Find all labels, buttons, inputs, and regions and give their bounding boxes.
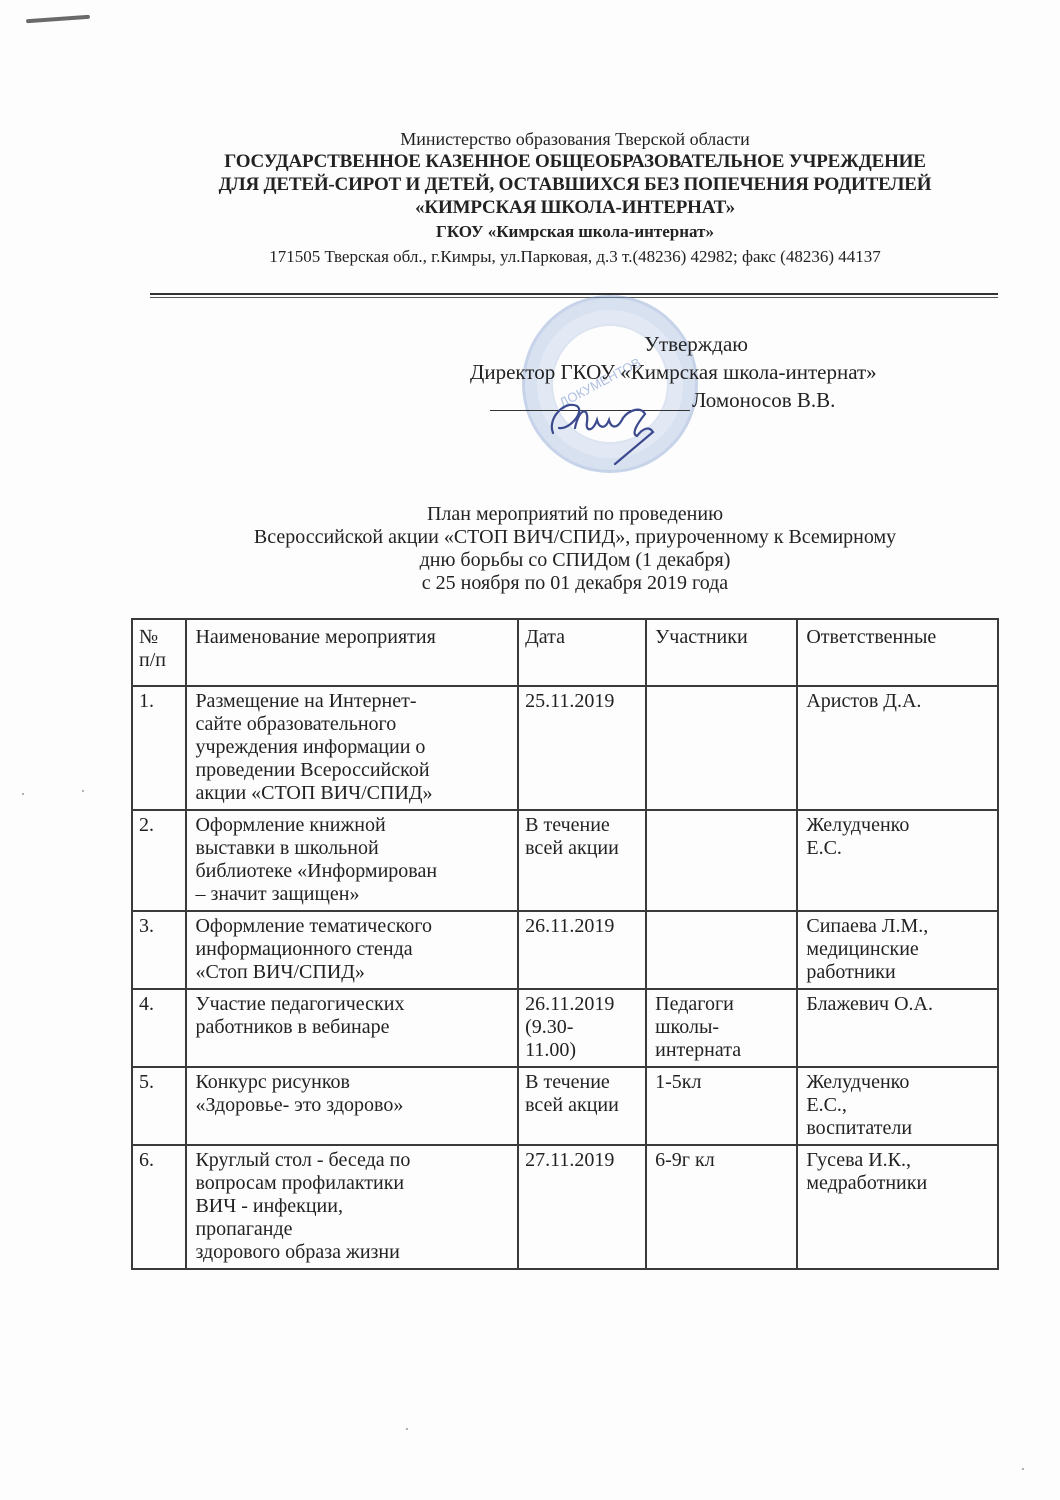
cell-responsible: Сипаева Л.М., медицинские работники xyxy=(797,911,998,989)
org-name-line-3: «КИМРСКАЯ ШКОЛА-ИНТЕРНАТ» xyxy=(150,196,1000,219)
table-row: 2. Оформление книжной выставки в школьно… xyxy=(132,810,998,911)
table-row: 3. Оформление тематического информационн… xyxy=(132,911,998,989)
ministry-name: Министерство образования Тверской област… xyxy=(150,128,1000,150)
org-name-line-2: ДЛЯ ДЕТЕЙ-СИРОТ И ДЕТЕЙ, ОСТАВШИХСЯ БЕЗ … xyxy=(150,173,1000,196)
cell-number: 3. xyxy=(132,911,186,989)
col-header-responsible: Ответственные xyxy=(797,619,998,686)
cell-participants: 6-9г кл xyxy=(646,1145,797,1269)
signature-icon xyxy=(545,388,675,468)
cell-event: Круглый стол - беседа по вопросам профил… xyxy=(186,1145,518,1269)
cell-participants xyxy=(646,810,797,911)
org-address: 171505 Тверская обл., г.Кимры, ул.Парков… xyxy=(150,245,1000,269)
cell-number: 4. xyxy=(132,989,186,1067)
cell-participants: Педагоги школы- интерната xyxy=(646,989,797,1067)
col-header-date: Дата xyxy=(518,619,646,686)
letterhead: Министерство образования Тверской област… xyxy=(150,128,1000,269)
title-line-3: дню борьбы со СПИДом (1 декабря) xyxy=(150,549,1000,572)
cell-date: 26.11.2019 (9.30- 11.00) xyxy=(518,989,646,1067)
cell-number: 5. xyxy=(132,1067,186,1145)
col-header-event: Наименование мероприятия xyxy=(186,619,518,686)
header-divider xyxy=(150,293,998,295)
cell-participants xyxy=(646,686,797,810)
title-line-2: Всероссийской акции «СТОП ВИЧ/СПИД», при… xyxy=(150,526,1000,549)
table-row: 6. Круглый стол - беседа по вопросам про… xyxy=(132,1145,998,1269)
cell-event: Оформление книжной выставки в школьной б… xyxy=(186,810,518,911)
document-title: План мероприятий по проведению Всероссий… xyxy=(150,503,1000,595)
cell-responsible: Аристов Д.А. xyxy=(797,686,998,810)
header-divider-thin xyxy=(150,297,998,298)
approver-position: Директор ГКОУ «Кимрская школа-интернат» xyxy=(470,358,970,386)
col-header-number: № п/п xyxy=(132,619,186,686)
approver-name: Ломоносов В.В. xyxy=(692,388,835,412)
events-table: № п/п Наименование мероприятия Дата Учас… xyxy=(131,618,999,1270)
cell-date: В течение всей акции xyxy=(518,810,646,911)
cell-event: Размещение на Интернет- сайте образовате… xyxy=(186,686,518,810)
scan-speck xyxy=(82,790,84,792)
cell-number: 2. xyxy=(132,810,186,911)
cell-date: В течение всей акции xyxy=(518,1067,646,1145)
cell-responsible: Гусева И.К., медработники xyxy=(797,1145,998,1269)
cell-event: Участие педагогических работников в веби… xyxy=(186,989,518,1067)
org-short-name: ГКОУ «Кимрская школа-интернат» xyxy=(150,220,1000,243)
cell-date: 26.11.2019 xyxy=(518,911,646,989)
cell-number: 1. xyxy=(132,686,186,810)
scan-speck xyxy=(22,793,24,795)
cell-event: Конкурс рисунков «Здоровье- это здорово» xyxy=(186,1067,518,1145)
cell-responsible: Блажевич О.А. xyxy=(797,989,998,1067)
cell-date: 25.11.2019 xyxy=(518,686,646,810)
org-name-line-1: ГОСУДАРСТВЕННОЕ КАЗЕННОЕ ОБЩЕОБРАЗОВАТЕЛ… xyxy=(150,150,1000,173)
cell-date: 27.11.2019 xyxy=(518,1145,646,1269)
scan-speck xyxy=(1022,1468,1024,1470)
cell-responsible: Желудченко Е.С., воспитатели xyxy=(797,1067,998,1145)
title-line-1: План мероприятий по проведению xyxy=(150,503,1000,526)
scan-speck xyxy=(406,1428,408,1430)
table-row: 1. Размещение на Интернет- сайте образов… xyxy=(132,686,998,810)
pen-mark xyxy=(26,15,90,23)
table-row: 5. Конкурс рисунков «Здоровье- это здоро… xyxy=(132,1067,998,1145)
cell-event: Оформление тематического информационного… xyxy=(186,911,518,989)
approve-word: Утверждаю xyxy=(470,330,970,358)
cell-participants: 1-5кл xyxy=(646,1067,797,1145)
col-header-participants: Участники xyxy=(646,619,797,686)
table-header-row: № п/п Наименование мероприятия Дата Учас… xyxy=(132,619,998,686)
cell-number: 6. xyxy=(132,1145,186,1269)
table-row: 4. Участие педагогических работников в в… xyxy=(132,989,998,1067)
cell-participants xyxy=(646,911,797,989)
title-line-4: с 25 ноября по 01 декабря 2019 года xyxy=(150,572,1000,595)
cell-responsible: Желудченко Е.С. xyxy=(797,810,998,911)
